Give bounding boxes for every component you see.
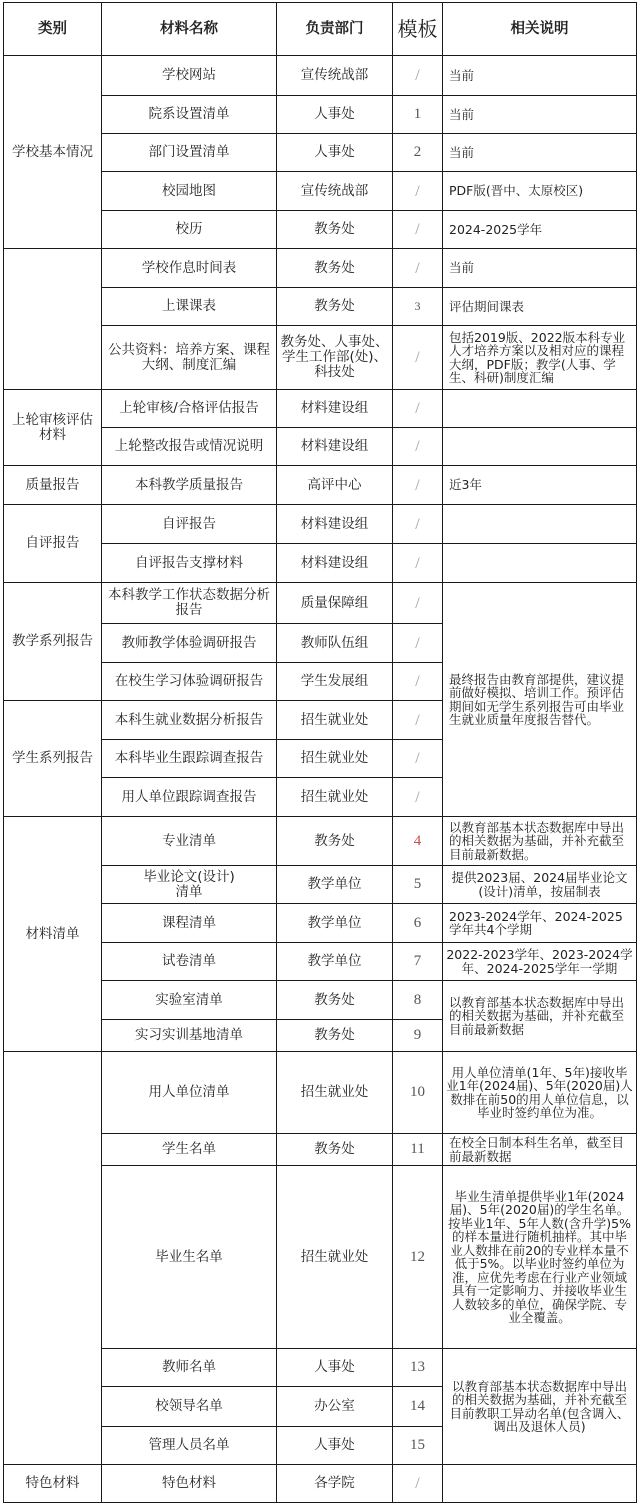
template-none: /	[392, 55, 443, 96]
material-name-cell: 管理人员名单	[101, 1426, 277, 1465]
department-cell: 教务处	[276, 980, 393, 1020]
material-name-cell: 学校网站	[101, 55, 277, 96]
notes-cell	[442, 543, 637, 583]
material-name-cell: 用人单位清单	[101, 1051, 277, 1134]
category-cell	[3, 248, 102, 390]
category-cell: 学生系列报告	[3, 700, 102, 817]
department-cell: 宣传统战部	[276, 55, 393, 96]
template-number: 9	[392, 1019, 443, 1052]
department-cell: 材料建设组	[276, 543, 393, 583]
template-none: /	[392, 248, 443, 288]
header-template: 模板	[392, 2, 443, 56]
material-name-cell: 上课课表	[101, 287, 277, 326]
material-name-cell: 院系设置清单	[101, 95, 277, 134]
template-none: /	[392, 325, 443, 390]
department-cell: 办公室	[276, 1386, 393, 1427]
material-name-cell: 课程清单	[101, 903, 277, 943]
template-none: /	[392, 210, 443, 249]
department-cell: 高评中心	[276, 465, 393, 505]
department-cell: 招生就业处	[276, 739, 393, 778]
department-cell: 人事处	[276, 1348, 393, 1387]
department-cell: 教务处、人事处、学生工作部(处)、科技处	[276, 325, 393, 390]
material-name-cell: 学校作息时间表	[101, 248, 277, 288]
material-name-cell: 毕业生名单	[101, 1165, 277, 1349]
material-name-cell: 用人单位跟踪调查报告	[101, 777, 277, 817]
department-cell: 材料建设组	[276, 427, 393, 466]
notes-cell: 提供2023届、2024届毕业论文(设计)清单，按届制表	[442, 865, 637, 904]
notes-cell: 以教育部基本状态数据库中导出的相关数据为基础，并补充截至目前最新数据。	[442, 816, 637, 866]
template-number: 11	[392, 1133, 443, 1166]
notes-cell: 用人单位清单(1年、5年)接收毕业1年(2024届)、5年(2020届)人数排在…	[442, 1051, 637, 1134]
notes-cell: 以教育部基本状态数据库中导出的相关数据为基础，并补充截至目前最新数据	[442, 980, 637, 1052]
notes-cell: 评估期间课表	[442, 287, 637, 326]
template-none: /	[392, 504, 443, 544]
department-cell: 材料建设组	[276, 504, 393, 544]
template-number: 15	[392, 1426, 443, 1465]
template-none: /	[392, 582, 443, 624]
material-name-cell: 部门设置清单	[101, 133, 277, 172]
department-cell: 招生就业处	[276, 777, 393, 817]
material-name-cell: 毕业论文(设计) 清单	[101, 865, 277, 904]
template-none: /	[392, 662, 443, 701]
material-name-cell: 本科教学质量报告	[101, 465, 277, 505]
template-number: 5	[392, 865, 443, 904]
notes-cell	[442, 504, 637, 544]
template-none: /	[392, 465, 443, 505]
material-name-cell: 校领导名单	[101, 1386, 277, 1427]
department-cell: 教务处	[276, 248, 393, 288]
department-cell: 人事处	[276, 1426, 393, 1465]
header-category: 类别	[3, 2, 102, 56]
material-name-cell: 校历	[101, 210, 277, 249]
department-cell: 宣传统战部	[276, 171, 393, 211]
notes-cell: 以教育部基本状态数据库中导出的相关数据为基础，并补充截至目前教职工异动名单(包含…	[442, 1348, 637, 1465]
material-name-cell: 自评报告	[101, 504, 277, 544]
notes-cell: 2024-2025学年	[442, 210, 637, 249]
material-name-cell: 本科教学工作状态数据分析报告	[101, 582, 277, 624]
department-cell: 质量保障组	[276, 582, 393, 624]
category-cell: 上轮审核评估 材料	[3, 389, 102, 466]
template-none: /	[392, 389, 443, 428]
category-cell: 特色材料	[3, 1464, 102, 1503]
material-name-cell: 特色材料	[101, 1464, 277, 1503]
category-cell	[3, 1051, 102, 1465]
department-cell: 教师队伍组	[276, 623, 393, 663]
template-none: /	[392, 171, 443, 211]
material-name-cell: 自评报告支撑材料	[101, 543, 277, 583]
material-name-cell: 实验室清单	[101, 980, 277, 1020]
category-cell: 教学系列报告	[3, 582, 102, 701]
notes-cell	[442, 427, 637, 466]
department-cell: 学生发展组	[276, 662, 393, 701]
material-name-cell: 上轮审核/合格评估报告	[101, 389, 277, 428]
department-cell: 教务处	[276, 210, 393, 249]
notes-cell: 毕业生清单提供毕业1年(2024届)、5年(2020届)的学生名单。按毕业1年、…	[442, 1165, 637, 1349]
template-none: /	[392, 700, 443, 740]
notes-cell: 当前	[442, 55, 637, 96]
material-name-cell: 上轮整改报告或情况说明	[101, 427, 277, 466]
category-cell: 材料清单	[3, 816, 102, 1052]
notes-cell: 2022-2023学年、2023-2024学年、2024-2025学年一学期	[442, 942, 637, 981]
notes-cell: 包括2019版、2022版本科专业人才培养方案以及相对应的课程大纲，PDF版；教…	[442, 325, 637, 390]
template-number: 2	[392, 133, 443, 172]
template-none: /	[392, 1464, 443, 1503]
material-name-cell: 教师名单	[101, 1348, 277, 1387]
material-name-cell: 校园地图	[101, 171, 277, 211]
department-cell: 教务处	[276, 287, 393, 326]
category-cell: 质量报告	[3, 465, 102, 505]
template-number: 7	[392, 942, 443, 981]
material-name-cell: 公共资料：培养方案、课程大纲、制度汇编	[101, 325, 277, 390]
department-cell: 招生就业处	[276, 1165, 393, 1349]
notes-cell: 当前	[442, 248, 637, 288]
department-cell: 教务处	[276, 1133, 393, 1166]
template-number: 14	[392, 1386, 443, 1427]
template-number: 3	[392, 287, 443, 326]
material-name-cell: 教师教学体验调研报告	[101, 623, 277, 663]
template-none: /	[392, 739, 443, 778]
template-number: 13	[392, 1348, 443, 1387]
template-number: 8	[392, 980, 443, 1020]
notes-cell: 最终报告由教育部提供，建议提前做好模拟、培训工作。预评估期间如无学生系列报告可由…	[442, 582, 637, 817]
notes-cell: 当前	[442, 95, 637, 134]
department-cell: 材料建设组	[276, 389, 393, 428]
material-name-cell: 专业清单	[101, 816, 277, 866]
template-none: /	[392, 623, 443, 663]
category-cell: 自评报告	[3, 504, 102, 583]
template-number: 4	[392, 816, 443, 866]
notes-cell	[442, 1464, 637, 1503]
department-cell: 招生就业处	[276, 1051, 393, 1134]
material-name-cell: 实习实训基地清单	[101, 1019, 277, 1052]
notes-cell: 2023-2024学年、2024-2025学年共4个学期	[442, 903, 637, 943]
template-none: /	[392, 543, 443, 583]
header-notes: 相关说明	[442, 2, 637, 56]
department-cell: 人事处	[276, 95, 393, 134]
notes-cell	[442, 389, 637, 428]
department-cell: 教务处	[276, 816, 393, 866]
notes-cell: PDF版(晋中、太原校区)	[442, 171, 637, 211]
template-number: 6	[392, 903, 443, 943]
template-number: 1	[392, 95, 443, 134]
department-cell: 教学单位	[276, 942, 393, 981]
header-department: 负责部门	[276, 2, 393, 56]
category-cell: 学校基本情况	[3, 55, 102, 249]
template-number: 12	[392, 1165, 443, 1349]
material-name-cell: 试卷清单	[101, 942, 277, 981]
notes-cell: 近3年	[442, 465, 637, 505]
material-name-cell: 本科毕业生跟踪调查报告	[101, 739, 277, 778]
department-cell: 人事处	[276, 133, 393, 172]
template-none: /	[392, 427, 443, 466]
department-cell: 教务处	[276, 1019, 393, 1052]
template-none: /	[392, 777, 443, 817]
department-cell: 教学单位	[276, 903, 393, 943]
department-cell: 各学院	[276, 1464, 393, 1503]
material-name-cell: 学生名单	[101, 1133, 277, 1166]
department-cell: 招生就业处	[276, 700, 393, 740]
material-name-cell: 本科生就业数据分析报告	[101, 700, 277, 740]
notes-cell: 在校全日制本科生名单，截至目前最新数据	[442, 1133, 637, 1166]
header-material-name: 材料名称	[101, 2, 277, 56]
notes-cell: 当前	[442, 133, 637, 172]
template-number: 10	[392, 1051, 443, 1134]
material-name-cell: 在校生学习体验调研报告	[101, 662, 277, 701]
department-cell: 教学单位	[276, 865, 393, 904]
